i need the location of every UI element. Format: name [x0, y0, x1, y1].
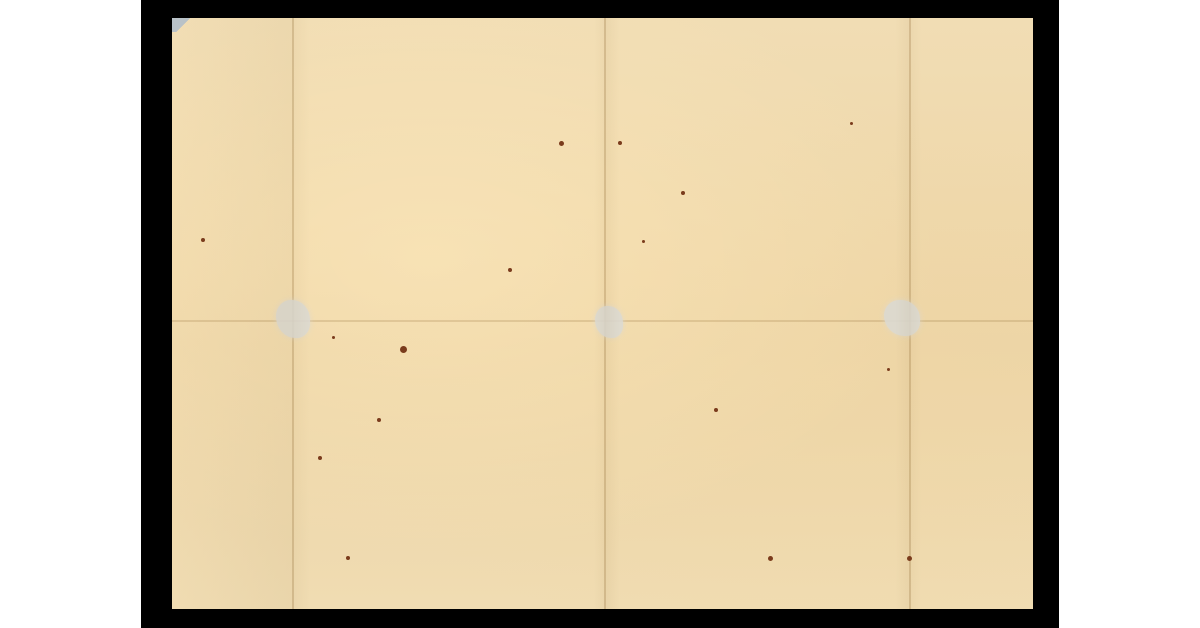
foxing-spot	[508, 268, 512, 272]
aged-paper-sheet	[172, 18, 1033, 609]
foxing-spot	[907, 556, 912, 561]
paper-corner-tear	[172, 18, 194, 32]
adhesive-patch-right	[884, 300, 920, 336]
fold-line-vertical-center	[604, 18, 606, 609]
foxing-spot	[850, 122, 853, 125]
foxing-spot	[768, 556, 773, 561]
fold-line-horizontal	[172, 320, 1033, 322]
foxing-spot	[681, 191, 685, 195]
foxing-spot	[559, 141, 564, 146]
foxing-spot	[887, 368, 890, 371]
fold-line-vertical-left	[292, 18, 294, 609]
fold-line-vertical-right	[909, 18, 911, 609]
adhesive-patch-left	[276, 300, 310, 338]
foxing-spot	[377, 418, 381, 422]
adhesive-patch-center	[595, 306, 623, 338]
foxing-spot	[618, 141, 622, 145]
foxing-spot	[346, 556, 350, 560]
foxing-spot	[332, 336, 335, 339]
foxing-spot	[714, 408, 718, 412]
foxing-spot	[201, 238, 205, 242]
foxing-spot	[642, 240, 645, 243]
foxing-spot	[400, 346, 407, 353]
foxing-spot	[318, 456, 322, 460]
